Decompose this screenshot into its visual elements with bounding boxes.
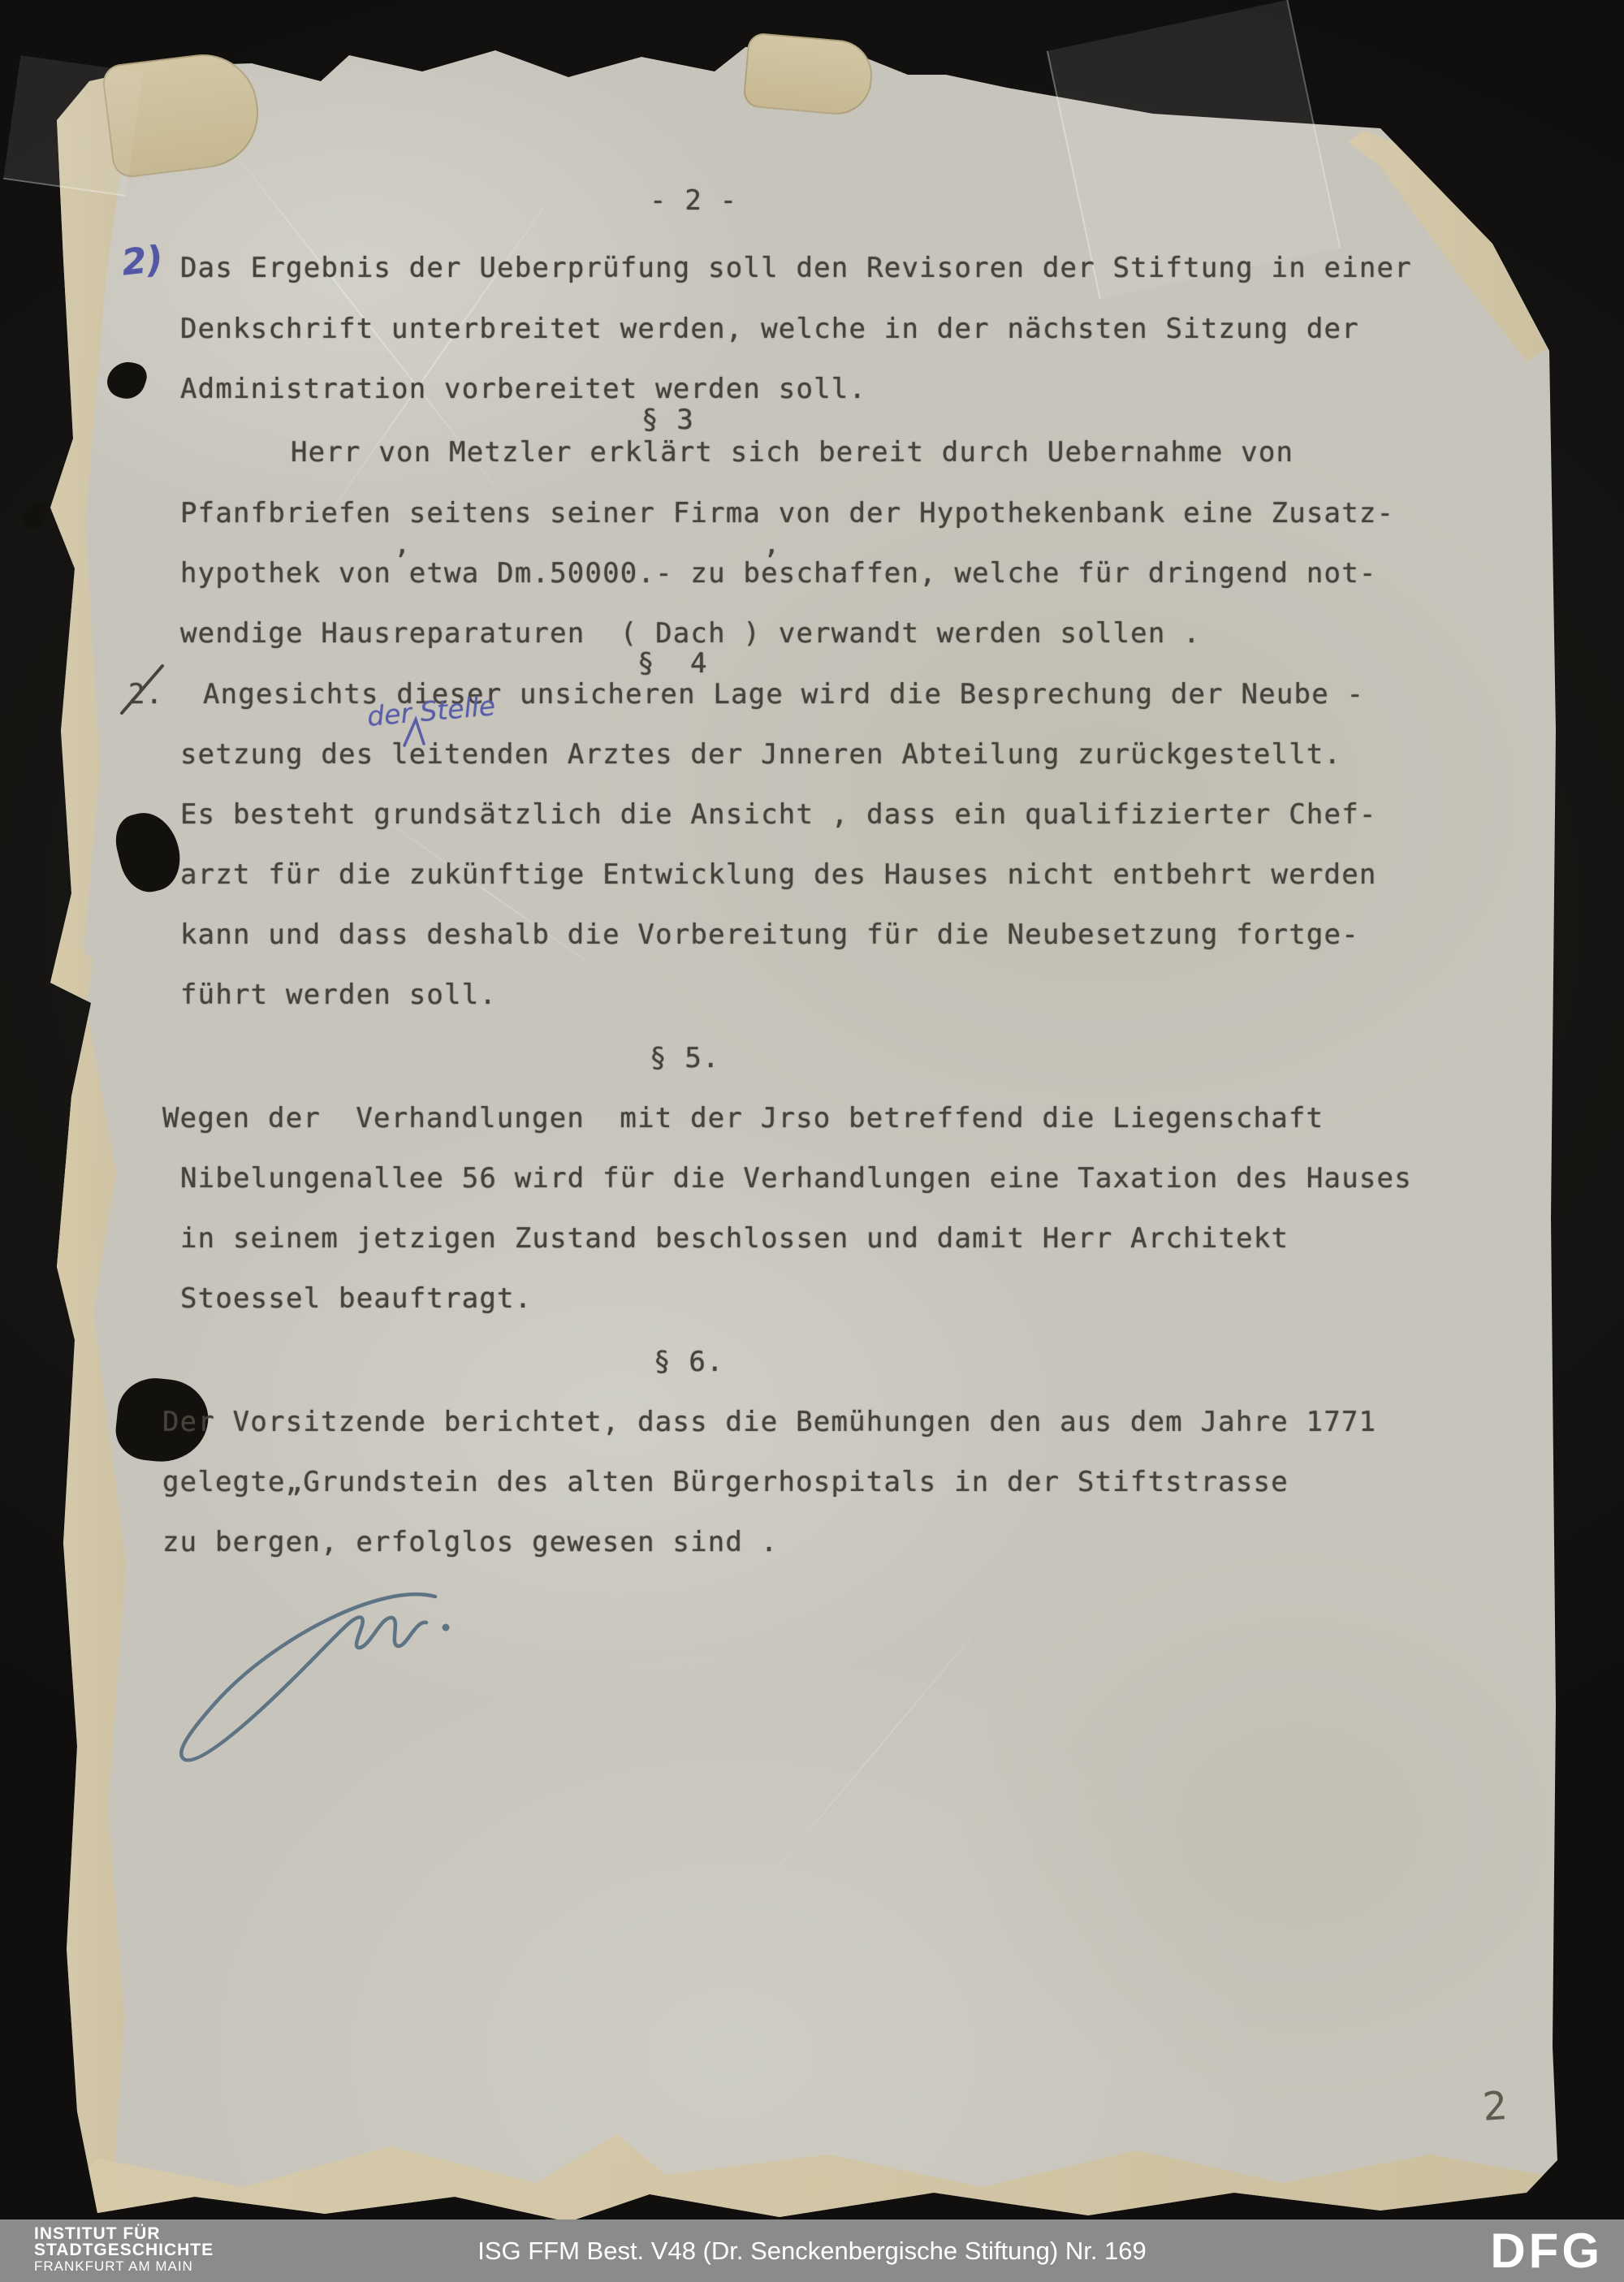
scan-stage: - 2 -Das Ergebnis der Ueberprüfung soll …	[0, 0, 1624, 2282]
strike-mark	[122, 666, 162, 713]
ink-overlay	[0, 0, 1624, 2282]
dfg-logo: DFG	[1490, 2223, 1603, 2279]
signature-ink	[181, 1594, 449, 1760]
archive-caption-bar: INSTITUT FÜR STADTGESCHICHTE FRANKFURT A…	[0, 2219, 1624, 2282]
archive-reference-caption: ISG FFM Best. V48 (Dr. Senckenbergische …	[0, 2219, 1624, 2282]
insertion-caret-icon	[404, 720, 424, 746]
